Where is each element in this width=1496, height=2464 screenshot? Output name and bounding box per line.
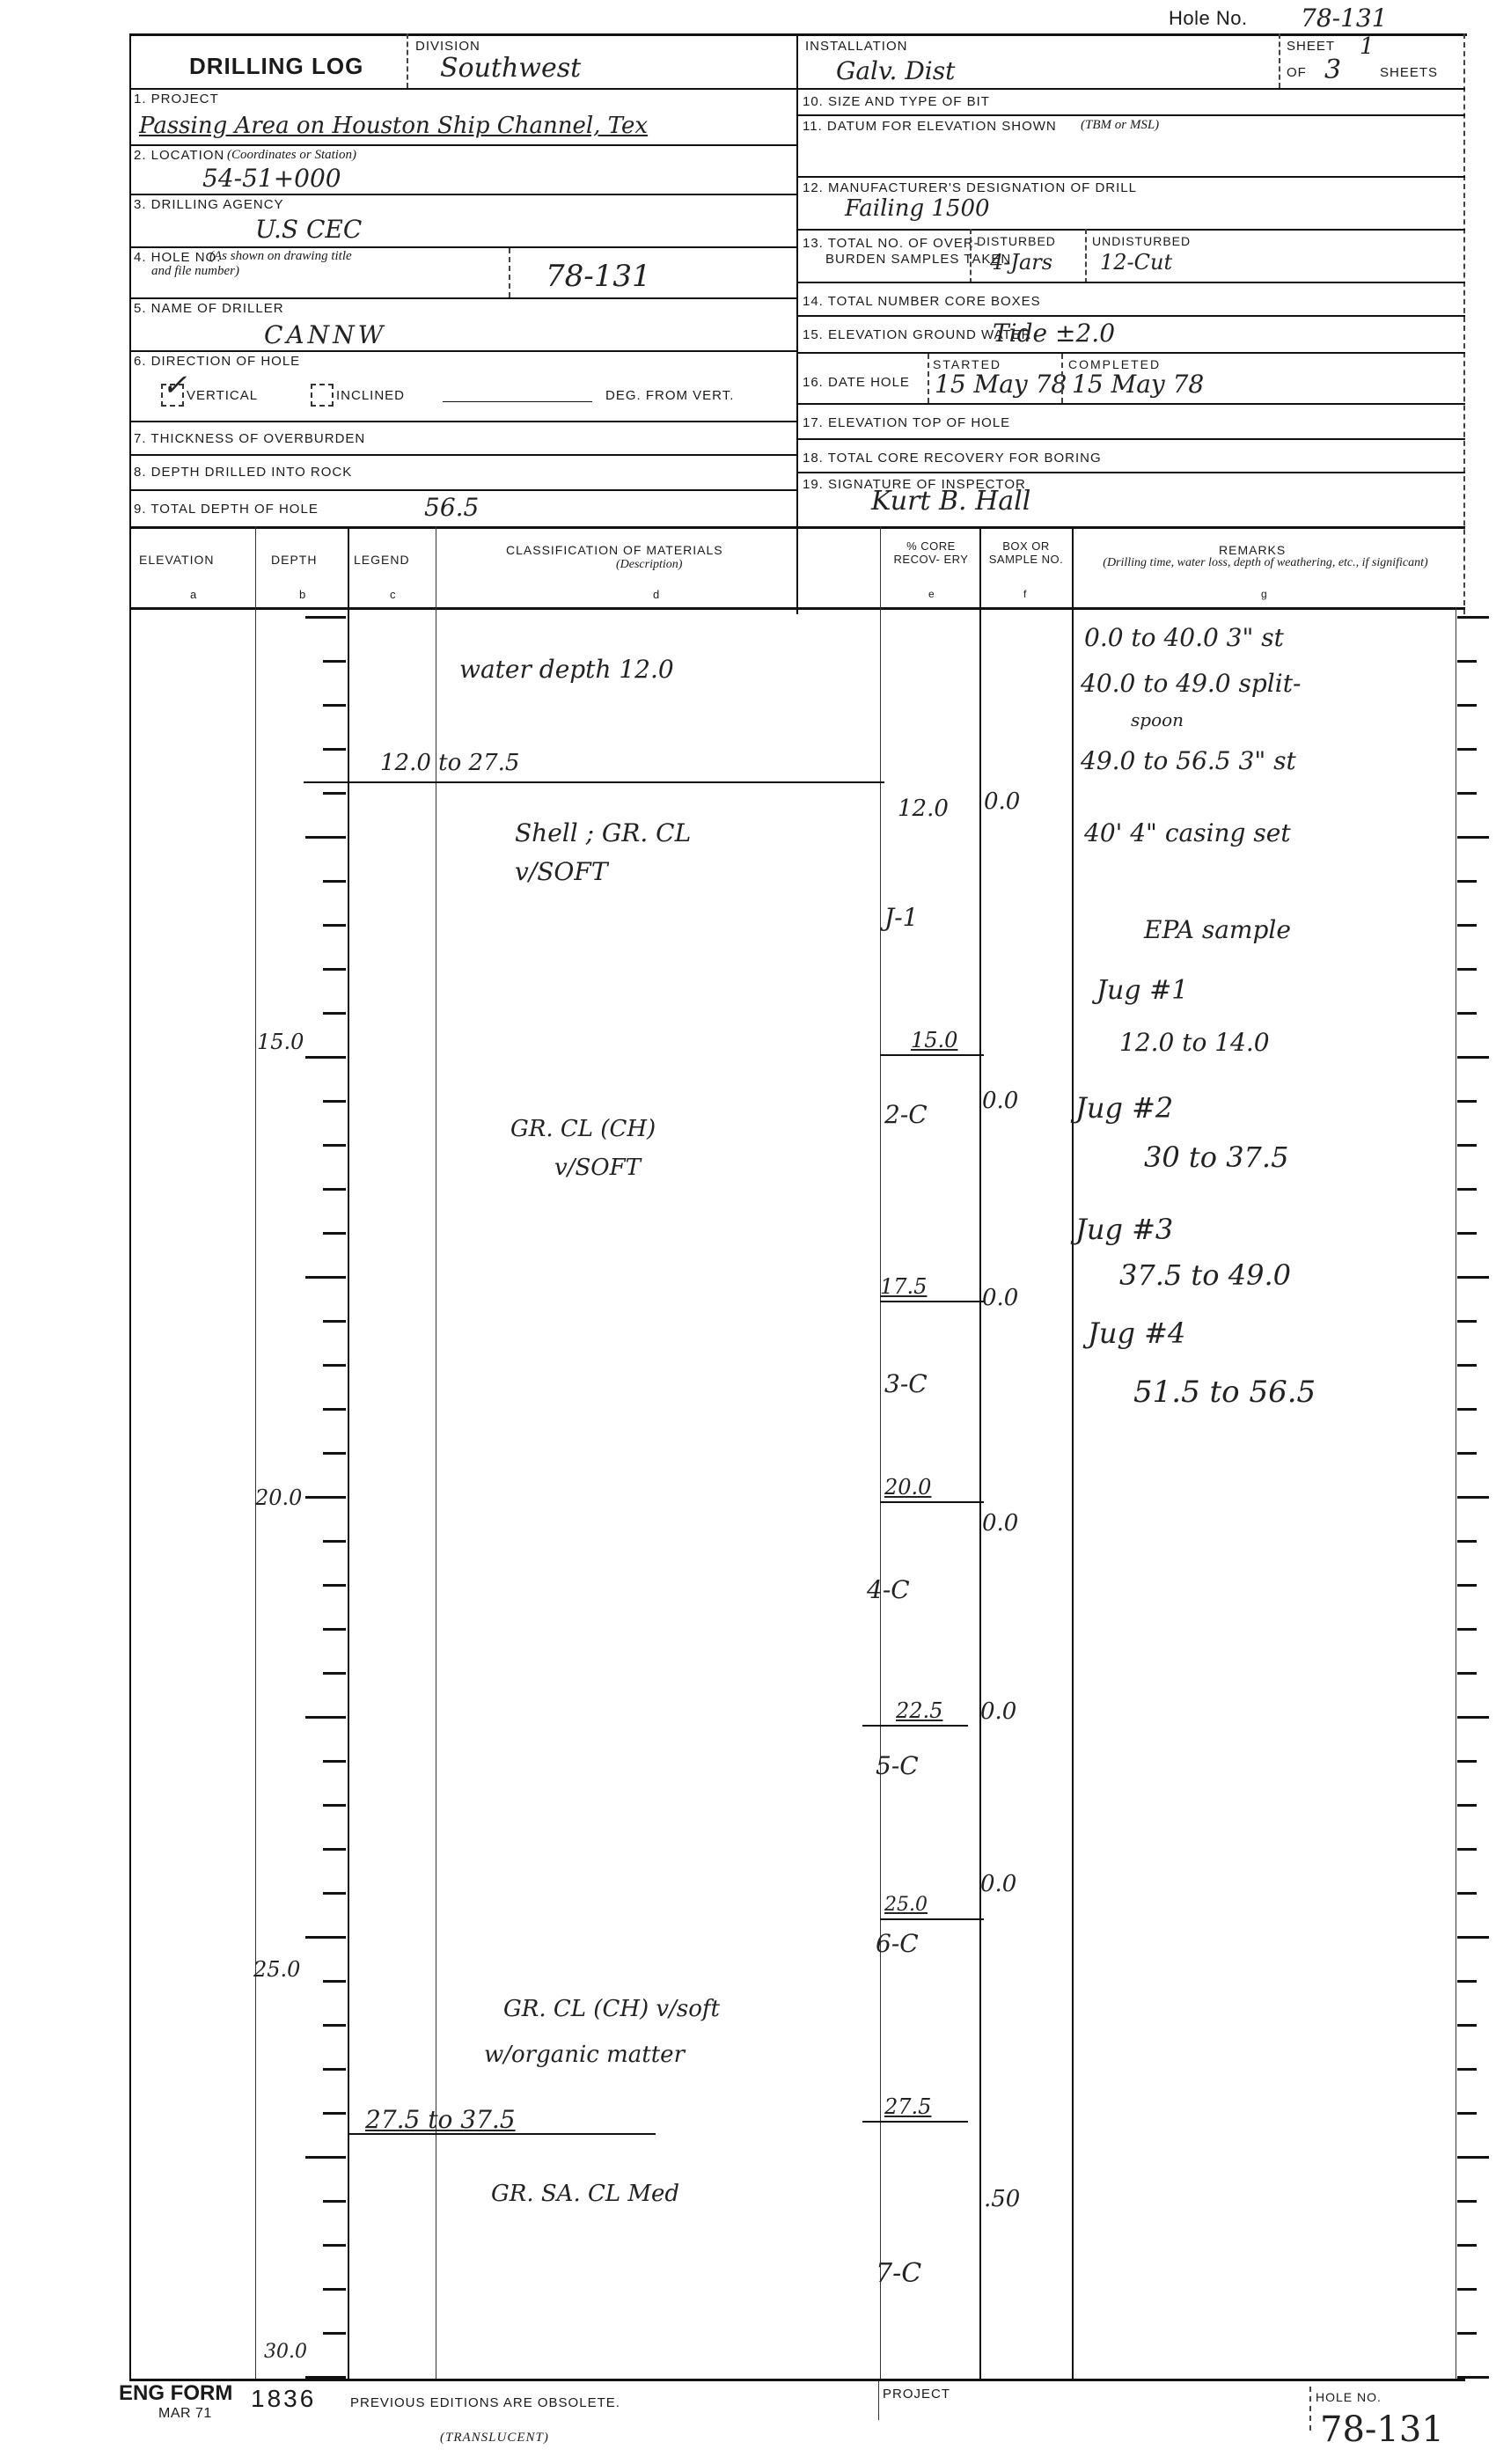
- major-tick: [1457, 2156, 1489, 2159]
- divider: [129, 454, 796, 456]
- sample-top: 27.5: [884, 2094, 931, 2119]
- divider: [407, 33, 408, 88]
- col-header-core-recovery: % CORE RECOV- ERY: [889, 539, 973, 566]
- signature-value[interactable]: Kurt B. Hall: [871, 486, 1030, 517]
- remark-line: 40' 4" casing set: [1084, 818, 1291, 847]
- footer-project-label: PROJECT: [883, 2387, 950, 2402]
- divider: [796, 472, 1465, 473]
- minor-tick: [323, 748, 346, 751]
- minor-tick: [323, 2244, 346, 2247]
- divider: [1279, 33, 1280, 88]
- major-tick: [305, 836, 346, 839]
- form-title: DRILLING LOG: [189, 53, 363, 80]
- remark-line: Jug #3: [1075, 1213, 1173, 1246]
- hole-no-value: 78-131: [1301, 4, 1388, 33]
- divider: [1085, 229, 1087, 283]
- minor-tick: [1457, 2024, 1477, 2027]
- installation-value[interactable]: Galv. Dist: [836, 56, 955, 85]
- recovery-value: 0.0: [980, 1698, 1016, 1725]
- description-text: water depth 12.0: [459, 655, 674, 684]
- depth-label: 30.0: [264, 2341, 307, 2363]
- minor-tick: [1457, 1980, 1477, 1983]
- col-letter: b: [299, 588, 306, 601]
- major-tick: [1457, 1936, 1489, 1939]
- minor-tick: [1457, 1364, 1477, 1367]
- description-text: 27.5 to 37.5: [365, 2105, 516, 2134]
- vertical-label: VERTICAL: [187, 388, 258, 403]
- major-tick: [1457, 1056, 1489, 1059]
- minor-tick: [1457, 1100, 1477, 1103]
- minor-tick: [323, 2024, 346, 2027]
- minor-tick: [1457, 2244, 1477, 2247]
- minor-tick: [1457, 2068, 1477, 2071]
- inclined-label: INCLINED: [336, 388, 405, 403]
- total-depth-value[interactable]: 56.5: [424, 493, 479, 522]
- total-depth-label: 9. TOTAL DEPTH OF HOLE: [134, 502, 319, 517]
- minor-tick: [323, 1672, 346, 1675]
- box-number: 2-C: [884, 1100, 928, 1129]
- sample-boundary: [880, 1501, 984, 1503]
- minor-tick: [1457, 660, 1477, 663]
- minor-tick: [323, 1584, 346, 1587]
- minor-tick: [1457, 880, 1477, 883]
- minor-tick: [323, 2200, 346, 2203]
- depth-label: 25.0: [253, 1957, 300, 1982]
- sample-top: 22.5: [896, 1698, 942, 1723]
- col-header-remarks: REMARKS: [1219, 543, 1286, 557]
- divider: [796, 176, 1465, 178]
- col-header-depth: DEPTH: [271, 553, 317, 567]
- drill-value[interactable]: Failing 1500: [845, 195, 990, 222]
- division-value[interactable]: Southwest: [440, 53, 581, 84]
- divider: [129, 421, 796, 422]
- minor-tick: [323, 2288, 346, 2291]
- divider: [129, 350, 796, 352]
- box-number: 5-C: [876, 1751, 919, 1780]
- recovery-value: 0.0: [980, 1871, 1016, 1897]
- major-tick: [1457, 616, 1489, 619]
- disturbed-value[interactable]: 4-Jars: [990, 250, 1052, 275]
- recovery-value: 0.0: [982, 1510, 1018, 1536]
- column-divider: [979, 526, 981, 2379]
- minor-tick: [1457, 1672, 1477, 1675]
- sample-boundary: [880, 1301, 984, 1302]
- minor-tick: [323, 1452, 346, 1455]
- column-divider: [1456, 607, 1456, 2379]
- sample-top: 17.5: [880, 1274, 927, 1299]
- sample-top: 25.0: [884, 1894, 928, 1916]
- divider: [970, 229, 972, 283]
- agency-label: 3. DRILLING AGENCY: [134, 197, 284, 212]
- of-label: OF: [1287, 65, 1307, 80]
- minor-tick: [1457, 1452, 1477, 1455]
- recovery-value: 0.0: [982, 1285, 1018, 1311]
- division-label: DIVISION: [415, 39, 480, 54]
- divider: [129, 88, 1465, 90]
- bit-label: 10. SIZE AND TYPE OF BIT: [803, 94, 990, 109]
- remark-line: 40.0 to 49.0 split-: [1081, 669, 1301, 698]
- hole-no-field-value[interactable]: 78-131: [546, 259, 651, 294]
- divider: [129, 607, 1465, 610]
- minor-tick: [1457, 1892, 1477, 1895]
- sheet-label: SHEET: [1287, 39, 1335, 54]
- divider: [796, 438, 1465, 440]
- remark-line: 30 to 37.5: [1144, 1140, 1288, 1174]
- undisturbed-value[interactable]: 12-Cut: [1100, 250, 1172, 275]
- major-tick: [1457, 1496, 1489, 1499]
- remark-line: EPA sample: [1144, 915, 1291, 944]
- degree-input-line[interactable]: [443, 401, 592, 402]
- minor-tick: [323, 660, 346, 663]
- divider: [129, 489, 796, 491]
- divider: [1309, 2387, 1311, 2431]
- check-mark-icon: ✓: [162, 368, 187, 403]
- rock-label: 8. DEPTH DRILLED INTO ROCK: [134, 465, 352, 480]
- disturbed-label: DISTURBED: [977, 234, 1056, 248]
- form-border-left: [129, 33, 131, 2379]
- divider: [796, 229, 1465, 231]
- obsolete-note: PREVIOUS EDITIONS ARE OBSOLETE.: [350, 2395, 620, 2410]
- minor-tick: [1457, 2332, 1477, 2335]
- core-recovery-label: 18. TOTAL CORE RECOVERY FOR BORING: [803, 451, 1102, 466]
- sample-boundary: [862, 2121, 968, 2123]
- divider: [129, 194, 796, 195]
- core-boxes-label: 14. TOTAL NUMBER CORE BOXES: [803, 294, 1041, 309]
- divider: [878, 2380, 879, 2420]
- minor-tick: [323, 1012, 346, 1015]
- remark-line: Jug #1: [1096, 975, 1188, 1006]
- minor-tick: [1457, 1188, 1477, 1191]
- recovery-value: 0.0: [982, 1088, 1018, 1114]
- col-header-elevation: ELEVATION: [139, 553, 215, 567]
- minor-tick: [1457, 1804, 1477, 1807]
- remark-line: 12.0 to 14.0: [1119, 1028, 1270, 1057]
- sample-top: 15.0: [911, 1028, 957, 1052]
- column-divider: [880, 526, 881, 2379]
- location-hint: (Coordinates or Station): [227, 148, 356, 163]
- top-elev-label: 17. ELEVATION TOP OF HOLE: [803, 415, 1010, 430]
- divider: [796, 403, 1465, 405]
- description-text: Shell ; GR. CL: [515, 818, 691, 847]
- column-divider: [436, 526, 436, 2379]
- minor-tick: [323, 1804, 346, 1807]
- minor-tick: [323, 1408, 346, 1411]
- major-tick: [1457, 1716, 1489, 1719]
- minor-tick: [323, 2112, 346, 2115]
- divider: [796, 315, 1465, 317]
- minor-tick: [323, 880, 346, 883]
- divider: [129, 297, 796, 299]
- project-value[interactable]: Passing Area on Houston Ship Channel, Te…: [139, 113, 648, 139]
- remark-line: 51.5 to 56.5: [1133, 1375, 1316, 1410]
- completed-value[interactable]: 15 May 78: [1072, 370, 1204, 399]
- started-value[interactable]: 15 May 78: [935, 370, 1067, 399]
- remark-line: 0.0 to 40.0 3" st: [1084, 623, 1284, 652]
- description-text: GR. CL (CH): [510, 1116, 656, 1142]
- major-tick: [305, 1716, 346, 1719]
- minor-tick: [323, 1320, 346, 1323]
- col-letter: a: [190, 588, 197, 601]
- remark-line: spoon: [1131, 709, 1184, 730]
- datum-hint: (TBM or MSL): [1081, 118, 1159, 133]
- major-tick: [305, 2156, 346, 2159]
- ground-water-value[interactable]: Tide ±2.0: [993, 319, 1115, 348]
- direction-label: 6. DIRECTION OF HOLE: [134, 354, 300, 369]
- major-tick: [305, 1496, 346, 1499]
- translucent-note: (TRANSLUCENT): [440, 2431, 549, 2446]
- depth-label: 15.0: [257, 1030, 304, 1054]
- sample-boundary: [880, 1054, 984, 1056]
- minor-tick: [323, 968, 346, 971]
- remark-line: Jug #2: [1075, 1091, 1173, 1125]
- form-border-top: [129, 33, 1467, 36]
- col-letter: e: [928, 588, 935, 600]
- box-number: 6-C: [876, 1929, 919, 1958]
- minor-tick: [1457, 1012, 1477, 1015]
- minor-tick: [1457, 2200, 1477, 2203]
- sample-top: 12.0: [898, 796, 949, 822]
- sample-top: 20.0: [884, 1475, 931, 1500]
- form-border-bottom: [129, 2379, 1465, 2381]
- samples-label: 13. TOTAL NO. OF OVER-: [803, 236, 979, 251]
- major-tick: [1457, 836, 1489, 839]
- installation-label: INSTALLATION: [805, 39, 907, 54]
- inclined-checkbox[interactable]: [311, 384, 334, 407]
- major-tick: [305, 1936, 346, 1939]
- form-number: 1836: [251, 2385, 316, 2413]
- col-letter: f: [1023, 588, 1027, 600]
- samples-label-2: BURDEN SAMPLES TAKEN: [825, 252, 1011, 267]
- col-letter: c: [390, 588, 397, 601]
- minor-tick: [323, 2332, 346, 2335]
- column-divider: [348, 526, 349, 2379]
- remark-line: Jug #4: [1088, 1316, 1185, 1350]
- minor-tick: [323, 2068, 346, 2071]
- minor-tick: [323, 1892, 346, 1895]
- minor-tick: [323, 1540, 346, 1543]
- minor-tick: [1457, 2112, 1477, 2115]
- box-number: 4-C: [867, 1575, 910, 1604]
- col-subheader: (Description): [616, 558, 682, 572]
- minor-tick: [1457, 1628, 1477, 1631]
- column-divider: [1072, 526, 1074, 2379]
- minor-tick: [1457, 704, 1477, 707]
- minor-tick: [323, 924, 346, 927]
- col-header-box-sample: BOX OR SAMPLE NO.: [986, 539, 1067, 566]
- major-tick: [305, 1276, 346, 1279]
- divider: [129, 144, 796, 146]
- project-label: 1. PROJECT: [134, 92, 219, 106]
- minor-tick: [323, 1100, 346, 1103]
- location-value[interactable]: 54-51+000: [202, 164, 341, 193]
- divider: [129, 246, 796, 248]
- col-letter: g: [1261, 588, 1268, 600]
- sheets-label: SHEETS: [1380, 65, 1438, 80]
- column-divider: [255, 526, 256, 2379]
- description-text: w/organic matter: [484, 2042, 685, 2068]
- description-text: GR. CL (CH) v/soft: [503, 1996, 720, 2022]
- hole-no-field-label: 4. HOLE NO.: [134, 250, 221, 265]
- divider: [1061, 354, 1063, 403]
- minor-tick: [323, 792, 346, 795]
- sample-boundary: [862, 1725, 968, 1727]
- box-number: 7-C: [876, 2258, 921, 2289]
- divider: [129, 526, 1465, 529]
- remark-line: 49.0 to 56.5 3" st: [1081, 746, 1296, 775]
- minor-tick: [1457, 1144, 1477, 1147]
- minor-tick: [1457, 1320, 1477, 1323]
- undisturbed-label: UNDISTURBED: [1092, 234, 1191, 248]
- driller-label: 5. NAME OF DRILLER: [134, 301, 284, 316]
- datum-label: 11. DATUM FOR ELEVATION SHOWN: [803, 119, 1057, 134]
- minor-tick: [1457, 968, 1477, 971]
- col-header-legend: LEGEND: [354, 553, 410, 567]
- form-date: MAR 71: [158, 2406, 212, 2422]
- minor-tick: [323, 1760, 346, 1763]
- date-label: 16. DATE HOLE: [803, 375, 910, 390]
- minor-tick: [323, 1364, 346, 1367]
- description-text: 12.0 to 27.5: [380, 750, 519, 776]
- minor-tick: [323, 1980, 346, 1983]
- hole-no-hint: and file number): [151, 264, 239, 279]
- col-letter: d: [653, 588, 660, 601]
- minor-tick: [1457, 2288, 1477, 2291]
- description-text: GR. SA. CL Med: [491, 2181, 679, 2207]
- location-label: 2. LOCATION: [134, 148, 224, 163]
- minor-tick: [323, 1188, 346, 1191]
- form-name: ENG FORM: [119, 2381, 232, 2406]
- divider: [796, 352, 1465, 354]
- sample-boundary: [880, 1918, 984, 1920]
- drill-label: 12. MANUFACTURER'S DESIGNATION OF DRILL: [803, 180, 1137, 195]
- sheet-value[interactable]: 1: [1360, 33, 1375, 60]
- major-tick: [305, 1056, 346, 1059]
- divider: [796, 114, 1465, 116]
- depth-label: 20.0: [255, 1485, 302, 1510]
- stratum-boundary: [304, 781, 884, 783]
- minor-tick: [1457, 1540, 1477, 1543]
- divider: [509, 248, 510, 297]
- hole-no-label: Hole No.: [1169, 7, 1248, 30]
- major-tick: [305, 616, 346, 619]
- col-header-classification: CLASSIFICATION OF MATERIALS: [506, 543, 723, 557]
- description-text: v/SOFT: [515, 857, 608, 886]
- minor-tick: [1457, 1760, 1477, 1763]
- hole-no-hint: (As shown on drawing title: [209, 249, 352, 264]
- divider: [796, 282, 1465, 283]
- agency-value[interactable]: U.S CEC: [255, 215, 362, 244]
- description-text: v/SOFT: [554, 1155, 641, 1181]
- box-number: 3-C: [884, 1369, 928, 1398]
- overburden-label: 7. THICKNESS OF OVERBURDEN: [134, 431, 365, 446]
- recovery-value: .50: [984, 2186, 1020, 2212]
- minor-tick: [323, 1628, 346, 1631]
- recovery-value: 0.0: [984, 788, 1020, 815]
- major-tick: [1457, 1276, 1489, 1279]
- minor-tick: [1457, 1232, 1477, 1235]
- of-value[interactable]: 3: [1324, 55, 1341, 85]
- minor-tick: [323, 1144, 346, 1147]
- minor-tick: [1457, 1584, 1477, 1587]
- box-number: J-1: [884, 903, 919, 932]
- footer-hole-no-value: 78-131: [1320, 2409, 1444, 2450]
- minor-tick: [1457, 1848, 1477, 1851]
- remark-line: 37.5 to 49.0: [1119, 1258, 1291, 1292]
- minor-tick: [1457, 1408, 1477, 1411]
- minor-tick: [1457, 924, 1477, 927]
- minor-tick: [1457, 748, 1477, 751]
- minor-tick: [1457, 792, 1477, 795]
- driller-value[interactable]: CANNW: [264, 320, 386, 349]
- minor-tick: [323, 1848, 346, 1851]
- deg-label: DEG. FROM VERT.: [605, 388, 734, 403]
- footer-hole-no-label: HOLE NO.: [1316, 2390, 1382, 2404]
- minor-tick: [323, 704, 346, 707]
- col-subheader: (Drilling time, water loss, depth of wea…: [1081, 556, 1450, 570]
- minor-tick: [323, 1232, 346, 1235]
- divider: [928, 354, 929, 403]
